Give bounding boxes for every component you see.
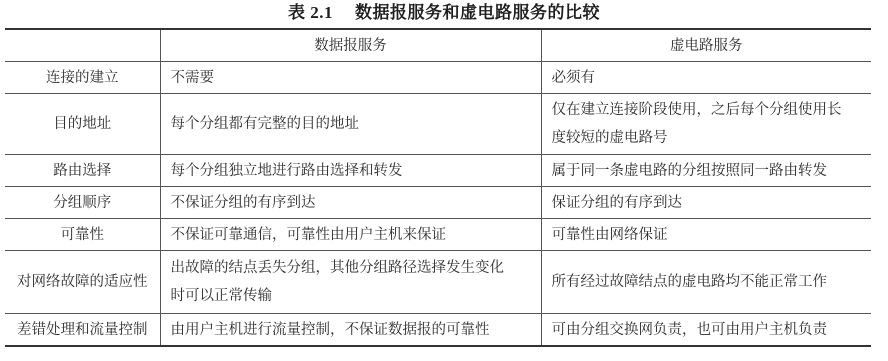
- cell-text: 可靠性由网络保证: [552, 221, 872, 249]
- datagram-cell: 出故障的结点丢失分组，其他分组路径选择发生变化 时可以正常传输: [160, 251, 541, 314]
- cell-text: 每个分组都有完整的目的地址: [171, 110, 541, 138]
- datagram-cell: 不保证可靠通信，可靠性由用户主机来保证: [160, 219, 541, 251]
- table-title: 数据报服务和虚电路服务的比较: [355, 3, 600, 23]
- header-aspect: [5, 29, 160, 62]
- cell-text: 每个分组独立地进行路由选择和转发: [171, 157, 541, 185]
- cell-text-line-1: 仅在建立连接阶段使用，之后每个分组使用长: [552, 96, 872, 124]
- cell-text: 必须有: [552, 64, 872, 92]
- cell-text: 可由分组交换网负责，也可由用户主机负责: [552, 316, 872, 344]
- virtual-circuit-cell: 属于同一条虚电路的分组按照同一路由转发: [541, 155, 871, 187]
- table-row: 对网络故障的适应性 出故障的结点丢失分组，其他分组路径选择发生变化 时可以正常传…: [5, 251, 871, 314]
- cell-text-line-2: 度较短的虚电路号: [552, 124, 872, 152]
- cell-text-line-2: 时可以正常传输: [171, 282, 541, 310]
- virtual-circuit-cell: 可靠性由网络保证: [541, 219, 871, 251]
- cell-text: 不保证分组的有序到达: [171, 189, 541, 217]
- row-aspect-packet-order: 分组顺序: [5, 187, 160, 219]
- virtual-circuit-cell: 仅在建立连接阶段使用，之后每个分组使用长 度较短的虚电路号: [541, 94, 871, 155]
- table-row: 目的地址 每个分组都有完整的目的地址 仅在建立连接阶段使用，之后每个分组使用长 …: [5, 94, 871, 155]
- row-aspect-routing: 路由选择: [5, 155, 160, 187]
- cell-text: 属于同一条虚电路的分组按照同一路由转发: [552, 157, 872, 185]
- table-row: 连接的建立 不需要 必须有: [5, 62, 871, 94]
- header-virtual-circuit-service: 虚电路服务: [541, 29, 871, 62]
- cell-text: 由用户主机进行流量控制，不保证数据报的可靠性: [171, 316, 541, 344]
- header-datagram-service: 数据报服务: [160, 29, 541, 62]
- virtual-circuit-cell: 可由分组交换网负责，也可由用户主机负责: [541, 314, 871, 347]
- datagram-cell: 每个分组独立地进行路由选择和转发: [160, 155, 541, 187]
- table-row: 分组顺序 不保证分组的有序到达 保证分组的有序到达: [5, 187, 871, 219]
- virtual-circuit-cell: 所有经过故障结点的虚电路均不能正常工作: [541, 251, 871, 314]
- virtual-circuit-cell: 保证分组的有序到达: [541, 187, 871, 219]
- cell-text: 不需要: [171, 64, 541, 92]
- datagram-cell: 不保证分组的有序到达: [160, 187, 541, 219]
- table-header-row: 数据报服务 虚电路服务: [5, 29, 871, 62]
- row-aspect-error-and-flow-control: 差错处理和流量控制: [5, 314, 160, 347]
- table-number: 表 2.1: [288, 3, 333, 22]
- table-caption: 表 2.1数据报服务和虚电路服务的比较: [0, 2, 888, 24]
- row-aspect-reliability: 可靠性: [5, 219, 160, 251]
- row-aspect-connection-setup: 连接的建立: [5, 62, 160, 94]
- comparison-table: 数据报服务 虚电路服务 连接的建立 不需要 必须有 目的地址 每个分组都有完整的…: [5, 28, 871, 347]
- cell-text: 不保证可靠通信，可靠性由用户主机来保证: [171, 221, 541, 249]
- row-aspect-destination-address: 目的地址: [5, 94, 160, 155]
- table-row: 路由选择 每个分组独立地进行路由选择和转发 属于同一条虚电路的分组按照同一路由转…: [5, 155, 871, 187]
- cell-text: 保证分组的有序到达: [552, 189, 872, 217]
- row-aspect-fault-adaptability: 对网络故障的适应性: [5, 251, 160, 314]
- table-row: 差错处理和流量控制 由用户主机进行流量控制，不保证数据报的可靠性 可由分组交换网…: [5, 314, 871, 347]
- datagram-cell: 由用户主机进行流量控制，不保证数据报的可靠性: [160, 314, 541, 347]
- virtual-circuit-cell: 必须有: [541, 62, 871, 94]
- datagram-cell: 不需要: [160, 62, 541, 94]
- datagram-cell: 每个分组都有完整的目的地址: [160, 94, 541, 155]
- cell-text-line-1: 出故障的结点丢失分组，其他分组路径选择发生变化: [171, 254, 541, 282]
- cell-text: 所有经过故障结点的虚电路均不能正常工作: [552, 268, 872, 296]
- table-row: 可靠性 不保证可靠通信，可靠性由用户主机来保证 可靠性由网络保证: [5, 219, 871, 251]
